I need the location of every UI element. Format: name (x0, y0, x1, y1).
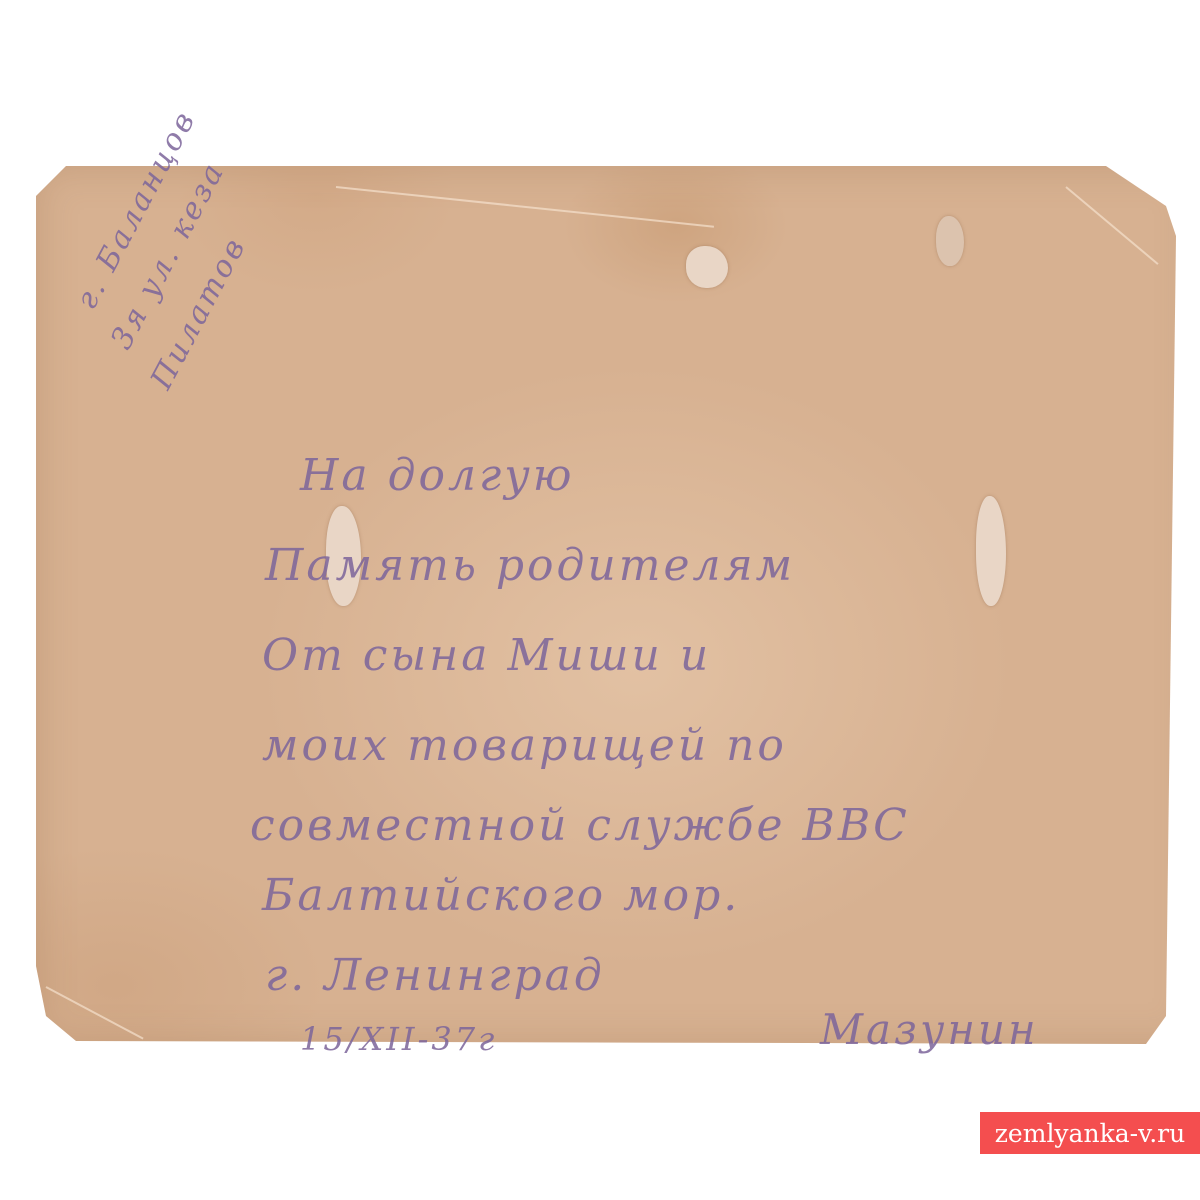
paper-tear-mark (686, 246, 728, 288)
site-watermark: zemlyanka-v.ru (980, 1112, 1200, 1154)
message-line: совместной службе ВВС (250, 800, 910, 851)
message-line: На долгую (300, 450, 574, 501)
signature: Мазунин (820, 1005, 1039, 1054)
message-line: Память родителям (265, 540, 795, 591)
paper-tear-mark (936, 216, 964, 266)
date: 15/XII-37г (300, 1020, 497, 1058)
crease (336, 186, 714, 228)
message-line: От сына Миши и (262, 630, 711, 681)
message-line: г. Ленинград (265, 950, 605, 1001)
message-line: Балтийского мор. (262, 870, 740, 921)
message-line: моих товарищей по (262, 720, 787, 771)
paper-tear-mark (976, 496, 1006, 606)
crease (46, 986, 144, 1039)
crease (1065, 186, 1158, 265)
